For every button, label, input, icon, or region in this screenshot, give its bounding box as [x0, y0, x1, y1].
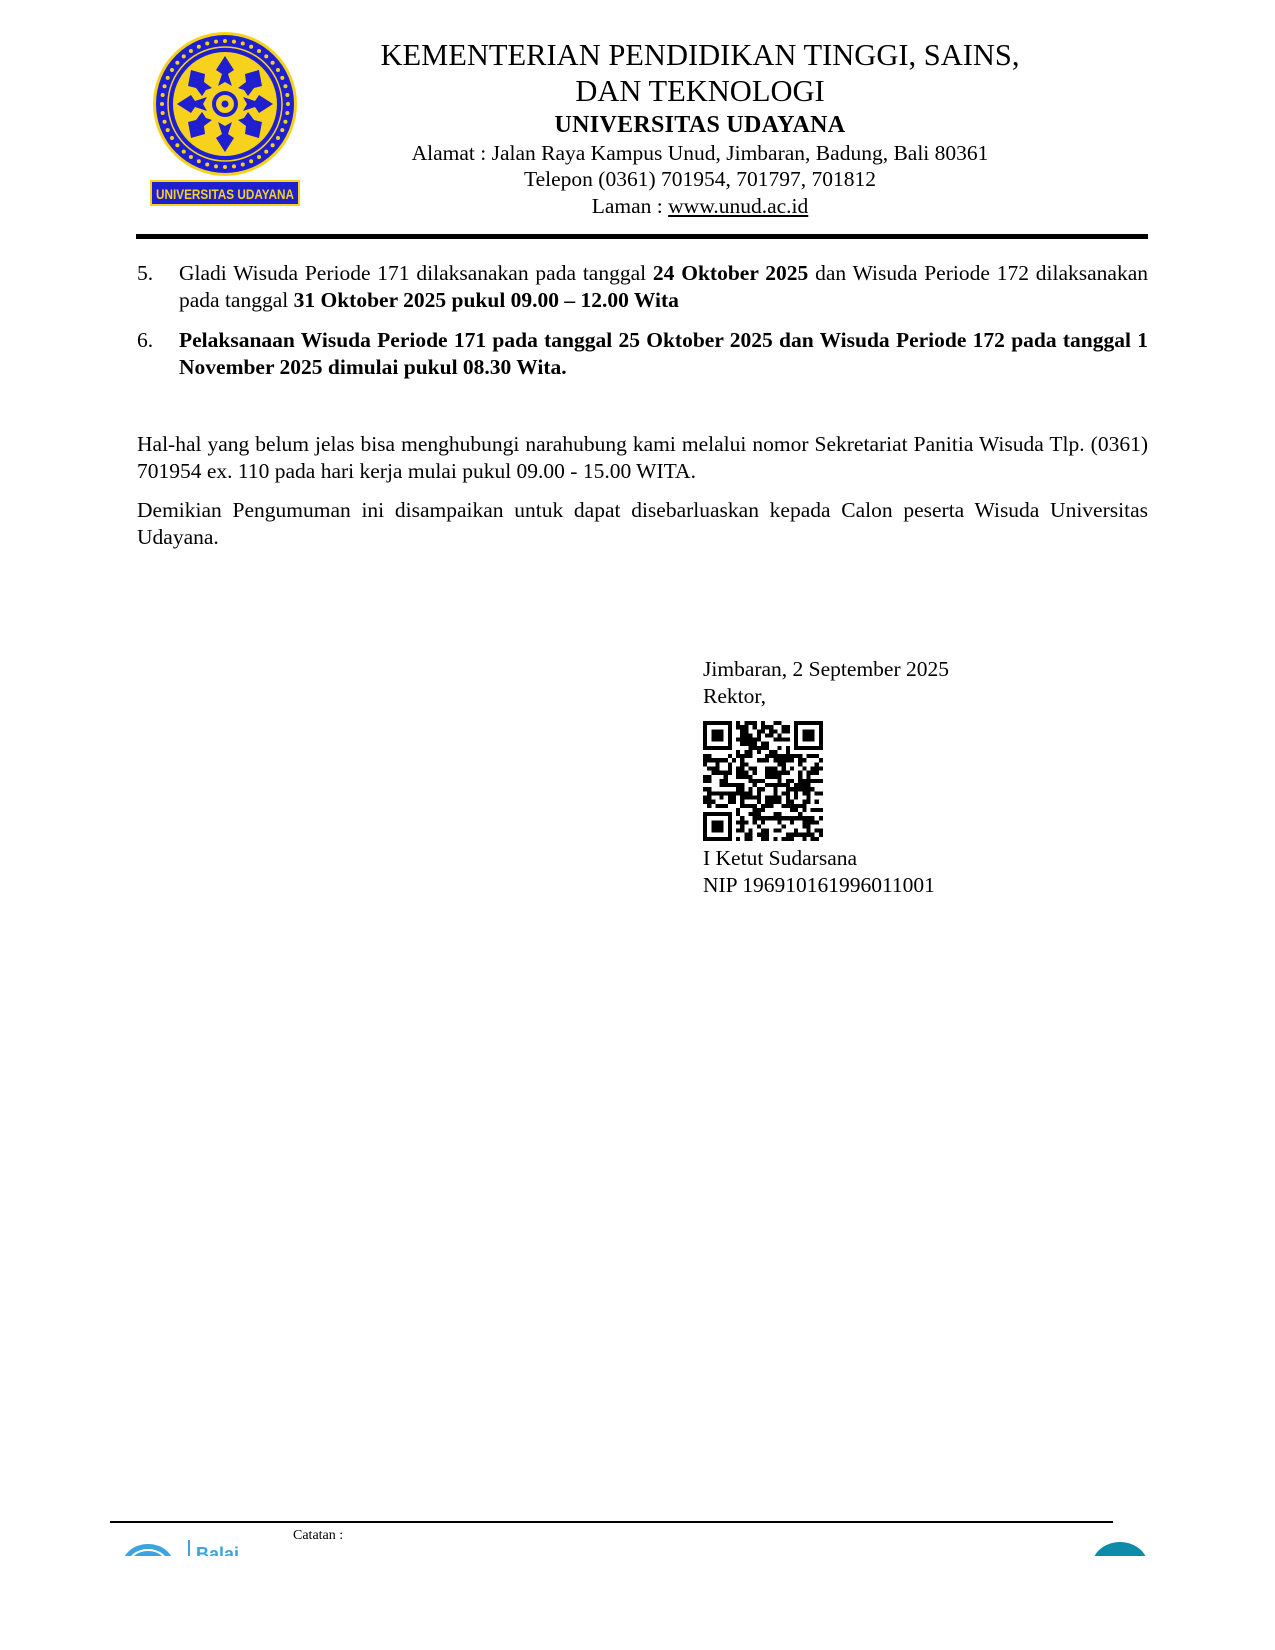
- list-item-text: Pelaksanaan Wisuda Periode 171 pada tang…: [179, 327, 1148, 381]
- telephone: Telepon (0361) 701954, 701797, 701812: [340, 167, 1060, 192]
- letterhead-divider: [136, 234, 1148, 239]
- list-number: 5.: [137, 260, 177, 287]
- signatory-nip: NIP 196910161996011001: [703, 872, 935, 899]
- list-item: 6. Pelaksanaan Wisuda Periode 171 pada t…: [137, 327, 1148, 381]
- ministry-name-line1: KEMENTERIAN PENDIDIKAN TINGGI, SAINS,: [340, 38, 1060, 73]
- footer-divider: [110, 1521, 1113, 1523]
- ministry-name-line2: DAN TEKNOLOGI: [340, 74, 1060, 109]
- university-logo: UNIVERSITAS UDAYANA: [148, 30, 302, 210]
- signatory-title: Rektor,: [703, 683, 766, 710]
- footer-right-logo: [1090, 1536, 1150, 1556]
- signatory-name: I Ketut Sudarsana: [703, 845, 857, 872]
- list-item: 5. Gladi Wisuda Periode 171 dilaksanakan…: [137, 260, 1148, 314]
- text-segment: Gladi Wisuda Periode 171 dilaksanakan pa…: [179, 261, 653, 285]
- list-number: 6.: [137, 327, 177, 354]
- svg-text:Balai: Balai: [196, 1544, 239, 1556]
- address: Alamat : Jalan Raya Kampus Unud, Jimbara…: [340, 141, 1060, 166]
- emphasized-text: 31 Oktober 2025 pukul 09.00 – 12.00 Wita: [294, 288, 679, 312]
- university-name: UNIVERSITAS UDAYANA: [340, 112, 1060, 139]
- emphasized-text: 24 Oktober 2025: [653, 261, 808, 285]
- list-item-text: Gladi Wisuda Periode 171 dilaksanakan pa…: [179, 260, 1148, 314]
- website: Laman : www.unud.ac.id: [340, 194, 1060, 219]
- website-label: Laman :: [592, 194, 668, 218]
- footer-note-label: Catatan :: [293, 1528, 343, 1544]
- footer-left-logo: Balai: [118, 1536, 248, 1556]
- closing-paragraph: Demikian Pengumuman ini disampaikan untu…: [137, 497, 1148, 551]
- svg-text:UNIVERSITAS UDAYANA: UNIVERSITAS UDAYANA: [156, 187, 294, 202]
- qr-code-signature: [703, 721, 823, 841]
- contact-paragraph: Hal-hal yang belum jelas bisa menghubung…: [137, 431, 1148, 485]
- emphasized-text: Pelaksanaan Wisuda Periode 171 pada tang…: [179, 328, 1148, 379]
- website-link[interactable]: www.unud.ac.id: [668, 194, 808, 218]
- signature-place-date: Jimbaran, 2 September 2025: [703, 656, 949, 683]
